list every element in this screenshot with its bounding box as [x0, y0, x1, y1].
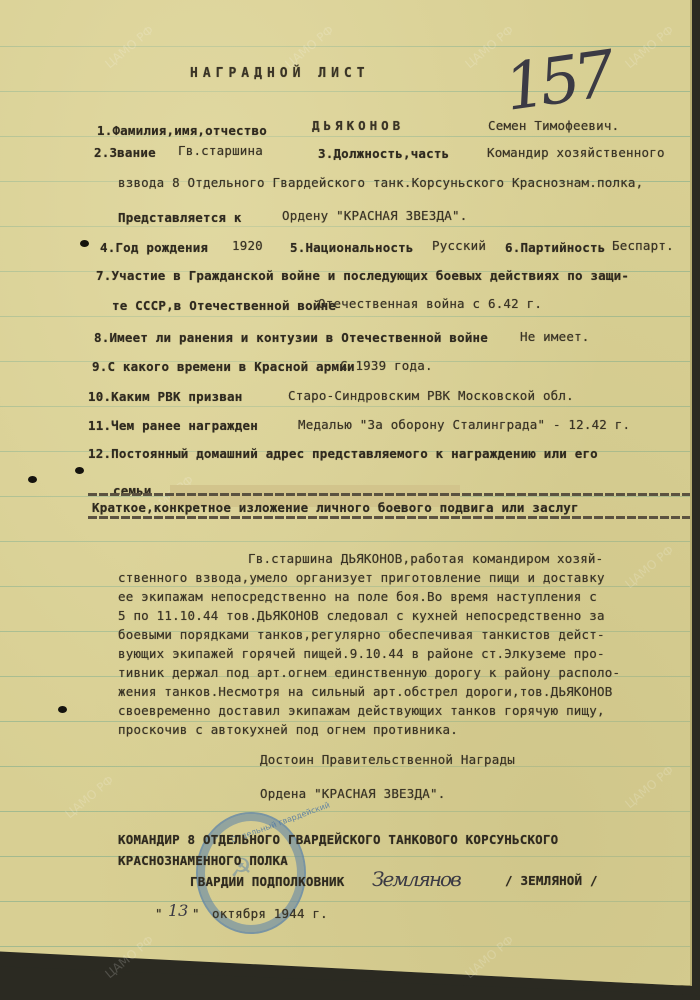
field-5-label: 5.Национальность [290, 240, 414, 255]
field-1-label: 1.Фамилия,имя,отчество [97, 123, 267, 138]
field-6-value: Беспарт. [612, 238, 674, 253]
section-heading: Краткое,конкретное изложение личного бое… [92, 500, 579, 515]
field-6-label: 6.Партийность [505, 240, 605, 255]
narrative-line: ственного взвода,умело организует пригот… [118, 570, 605, 585]
punch-hole [58, 706, 67, 713]
field-2-label: 2.Звание [94, 145, 156, 160]
narrative-line: тивник держал под арт.огнем единственную… [118, 665, 620, 680]
field-1-name: Семен Тимофеевич. [488, 118, 619, 133]
field-4-value: 1920 [232, 238, 263, 253]
divider-rule [88, 493, 690, 496]
field-10-label: 10.Каким РВК призван [88, 389, 243, 404]
field-9-label: 9.С какого времени в Красной армии [92, 359, 355, 374]
handwritten-signature: Землянов [372, 867, 460, 891]
narrative-line: вующих экипажей горячей пищей.9.10.44 в … [118, 646, 605, 661]
award-value: Ордену "КРАСНАЯ ЗВЕЗДА". [282, 208, 467, 223]
punch-hole [75, 467, 84, 474]
field-7-label-cont: те СССР,в Отечественной войне [112, 298, 336, 313]
field-11-value: Медалью "За оборону Сталинграда" - 12.42… [298, 417, 630, 432]
signature-line-3: ГВАРДИИ ПОДПОЛКОВНИК [190, 874, 345, 889]
field-4-label: 4.Год рождения [100, 240, 208, 255]
field-8-value: Не имеет. [520, 329, 590, 344]
field-1-surname: ДЬЯКОНОВ [312, 118, 404, 133]
narrative-line: 5 по 11.10.44 тов.ДЬЯКОНОВ следовал с ку… [118, 608, 605, 623]
signer-name: / ЗЕМЛЯНОЙ / [505, 873, 598, 888]
conclusion-award: Ордена "КРАСНАЯ ЗВЕЗДА". [260, 786, 445, 801]
field-2-value: Гв.старшина [178, 143, 263, 158]
divider-rule [88, 516, 690, 519]
field-7-label: 7.Участие в Гражданской войне и последую… [96, 268, 629, 283]
narrative-line: проскочив с автокухней под огнем противн… [118, 722, 458, 737]
field-10-value: Старо-Синдровским РВК Московской обл. [288, 388, 574, 403]
date-close-quote: " [192, 906, 200, 921]
field-12-label: 12.Постоянный домашний адрес представляе… [88, 446, 598, 461]
narrative-line: боевыми порядками танков,регулярно обесп… [118, 627, 605, 642]
field-3-value-cont: взвода 8 Отдельного Гвардейского танк.Ко… [118, 175, 643, 190]
field-7-value: Отечественная война с 6.42 г. [318, 296, 542, 311]
field-8-label: 8.Имеет ли ранения и контузии в Отечеств… [94, 330, 488, 345]
field-3-label: 3.Должность,часть [318, 146, 449, 161]
conclusion-line: Достоин Правительственной Награды [260, 752, 515, 767]
signature-line-2: КРАСНОЗНАМЕННОГО ПОЛКА [118, 853, 288, 868]
field-5-value: Русский [432, 238, 486, 253]
narrative-line: жения танков.Несмотря на сильный арт.обс… [118, 684, 612, 699]
date-open-quote: " [155, 906, 163, 921]
punch-hole [28, 476, 37, 483]
narrative-line: своевременно доставил экипажам действующ… [118, 703, 605, 718]
award-label: Представляется к [118, 210, 242, 225]
narrative-line: ее экипажам непосредственно на поле боя.… [118, 589, 597, 604]
document-title: НАГРАДНОЙ ЛИСТ [190, 66, 370, 81]
punch-hole [80, 240, 89, 247]
field-3-value: Командир хозяйственного [487, 145, 665, 160]
archive-number: 157 [500, 38, 613, 126]
narrative-line: Гв.старшина ДЬЯКОНОВ,работая командиром … [248, 551, 603, 566]
date-day: 13 [168, 901, 188, 920]
field-9-value: С 1939 года. [340, 358, 433, 373]
field-11-label: 11.Чем ранее награжден [88, 418, 258, 433]
signature-line-1: КОМАНДИР 8 ОТДЕЛЬНОГО ГВАРДЕЙСКОГО ТАНКО… [118, 832, 558, 847]
date-month-year: октября 1944 г. [212, 906, 328, 921]
